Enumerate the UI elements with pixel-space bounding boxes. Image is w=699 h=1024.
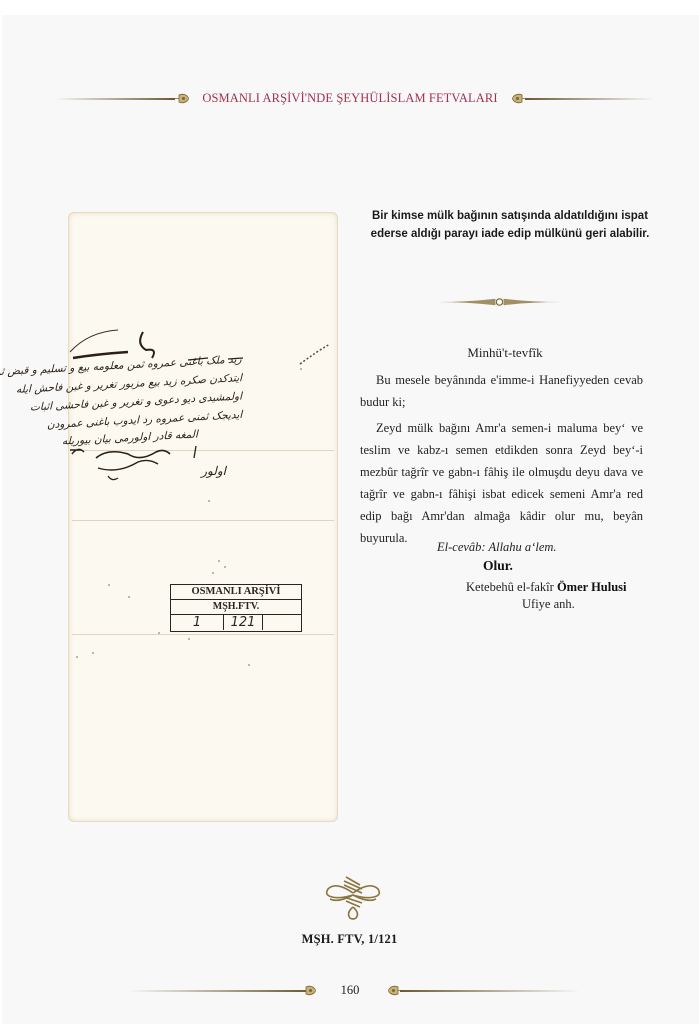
paper-speck [128, 596, 130, 598]
stamp-archive-name: OSMANLI ARŞİVİ [171, 585, 301, 600]
page-number: 160 [330, 983, 370, 998]
archive-stamp: OSMANLI ARŞİVİ MŞH.FTV. 1 121 [170, 584, 302, 632]
paper-speck [108, 584, 110, 586]
paper-speck [218, 560, 220, 562]
paper-speck [76, 656, 78, 658]
signature-suffix: Ufiye anh. [522, 597, 575, 612]
knot-ornament-icon [324, 873, 382, 921]
paper-speck [92, 652, 94, 654]
paper-speck [300, 368, 302, 370]
ornament-finial-icon [175, 93, 191, 104]
running-header: OSMANLI ARŞİVİ'NDE ŞEYHÜLİSLAM FETVALARI [0, 88, 699, 110]
stamp-folder-number: 1 [171, 615, 224, 630]
signature-seal-icon [68, 444, 208, 484]
paper-speck [224, 566, 226, 568]
fatwa-body: Bu mesele beyânında e'imme-i Hanefiyyede… [360, 369, 643, 553]
fatwa-paragraph: Bu mesele beyânında e'imme-i Hanefiyyede… [360, 369, 643, 413]
paper-speck [158, 632, 160, 634]
ornament-finial-icon [510, 93, 526, 104]
paper-speck [212, 572, 214, 574]
running-title: OSMANLI ARŞİVİ'NDE ŞEYHÜLİSLAM FETVALARI [195, 91, 505, 106]
document-reference: MŞH. FTV, 1/121 [250, 932, 449, 947]
signature-line: Ketebehû el-fakîr Ömer Hulusi [466, 580, 627, 595]
manuscript-image: زید ملک باغنی عمروه ثمن معلومه بیع و تسل… [68, 212, 338, 822]
answer-intro: El-cevâb: Allahu a‘lem. [437, 540, 557, 555]
manuscript-answer: اولور [201, 464, 226, 478]
signature-prefix: Ketebehû el-fakîr [466, 580, 554, 594]
footer-rule-left [128, 990, 308, 992]
stamp-collection: MŞH.FTV. [171, 600, 301, 615]
paper-speck [188, 638, 190, 640]
mufti-name: Ömer Hulusi [557, 580, 627, 594]
paper-fold [72, 634, 334, 635]
stamp-empty-cell [263, 615, 301, 630]
footer-rule-right [400, 990, 580, 992]
page-footer: 160 [0, 981, 699, 1001]
fatwa-paragraph: Zeyd mülk bağını Amr'a semen-i maluma be… [360, 417, 643, 549]
answer: Olur. [483, 558, 513, 574]
manuscript-line: ایدیجک ثمنی عمروه رد ایدوب باغنی عمرودن [47, 409, 242, 431]
ornament-finial-icon [302, 985, 318, 996]
paper-speck [248, 664, 250, 666]
header-rule-right [525, 98, 655, 100]
fatwa-opening: Minhü't-tevfîk [355, 345, 655, 361]
paper-speck [208, 500, 210, 502]
paper-fold [72, 520, 334, 521]
ornament-divider-icon [437, 296, 562, 308]
header-rule-left [55, 98, 175, 100]
fatwa-summary: Bir kimse mülk bağının satışında aldatıl… [360, 207, 660, 243]
stamp-document-number: 121 [224, 615, 263, 630]
